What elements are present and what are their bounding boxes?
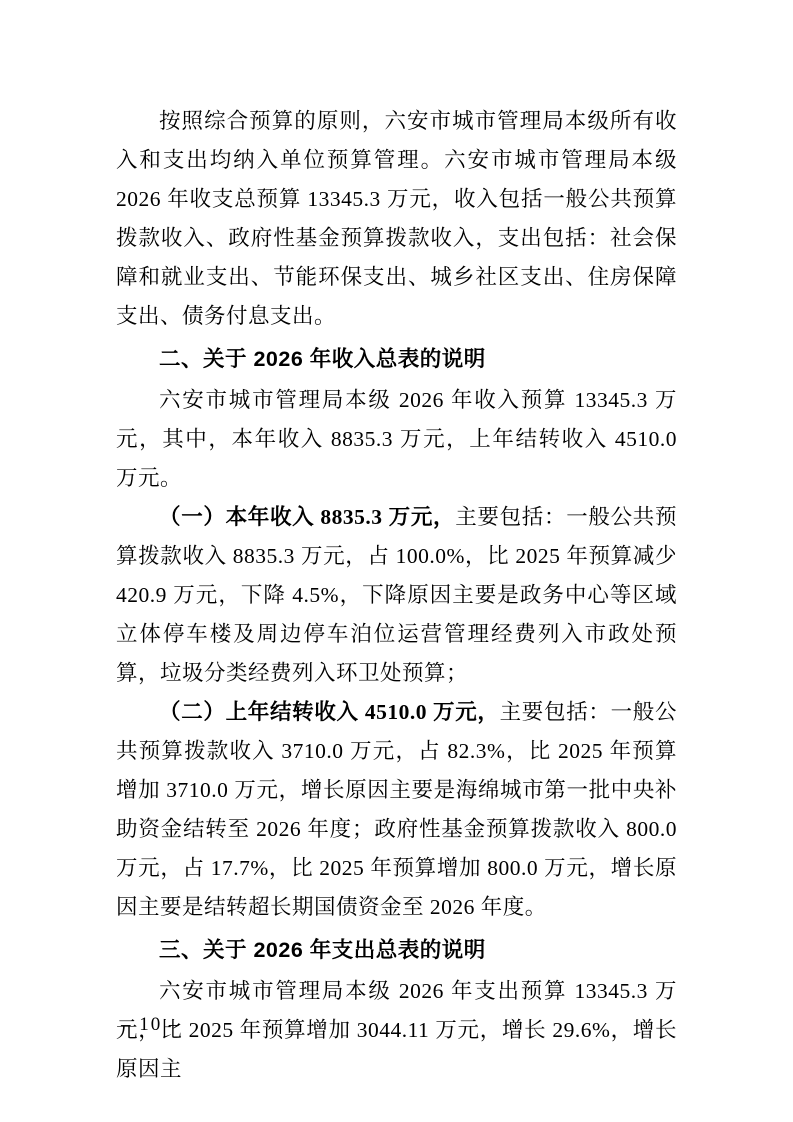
paragraph-carryover-income: （二）上年结转收入 4510.0 万元，主要包括：一般公共预算拨款收入 3710… bbox=[116, 693, 677, 927]
document-body: 按照综合预算的原则，六安市城市管理局本级所有收入和支出均纳入单位预算管理。六安市… bbox=[116, 102, 677, 1089]
paragraph-income-total: 六安市城市管理局本级 2026 年收入预算 13345.3 万元，其中，本年收入… bbox=[116, 381, 677, 498]
paragraph-current-year-income: （一）本年收入 8835.3 万元，主要包括：一般公共预算拨款收入 8835.3… bbox=[116, 498, 677, 693]
page-number: – 10 – bbox=[121, 1012, 181, 1038]
document-page: 按照综合预算的原则，六安市城市管理局本级所有收入和支出均纳入单位预算管理。六安市… bbox=[0, 0, 793, 1122]
paragraph-budget-overview: 按照综合预算的原则，六安市城市管理局本级所有收入和支出均纳入单位预算管理。六安市… bbox=[116, 102, 677, 336]
heading-expenditure-statement: 三、关于 2026 年支出总表的说明 bbox=[116, 931, 677, 970]
paragraph-expenditure-total: 六安市城市管理局本级 2026 年支出预算 13345.3 万元，比 2025 … bbox=[116, 972, 677, 1089]
current-year-income-detail: 主要包括：一般公共预算拨款收入 8835.3 万元，占 100.0%，比 202… bbox=[116, 505, 677, 685]
current-year-income-lead: （一）本年收入 8835.3 万元， bbox=[159, 505, 455, 529]
carryover-income-lead: （二）上年结转收入 4510.0 万元， bbox=[159, 700, 500, 724]
carryover-income-detail: 主要包括：一般公共预算拨款收入 3710.0 万元，占 82.3%，比 2025… bbox=[116, 700, 677, 919]
heading-income-statement: 二、关于 2026 年收入总表的说明 bbox=[116, 340, 677, 379]
